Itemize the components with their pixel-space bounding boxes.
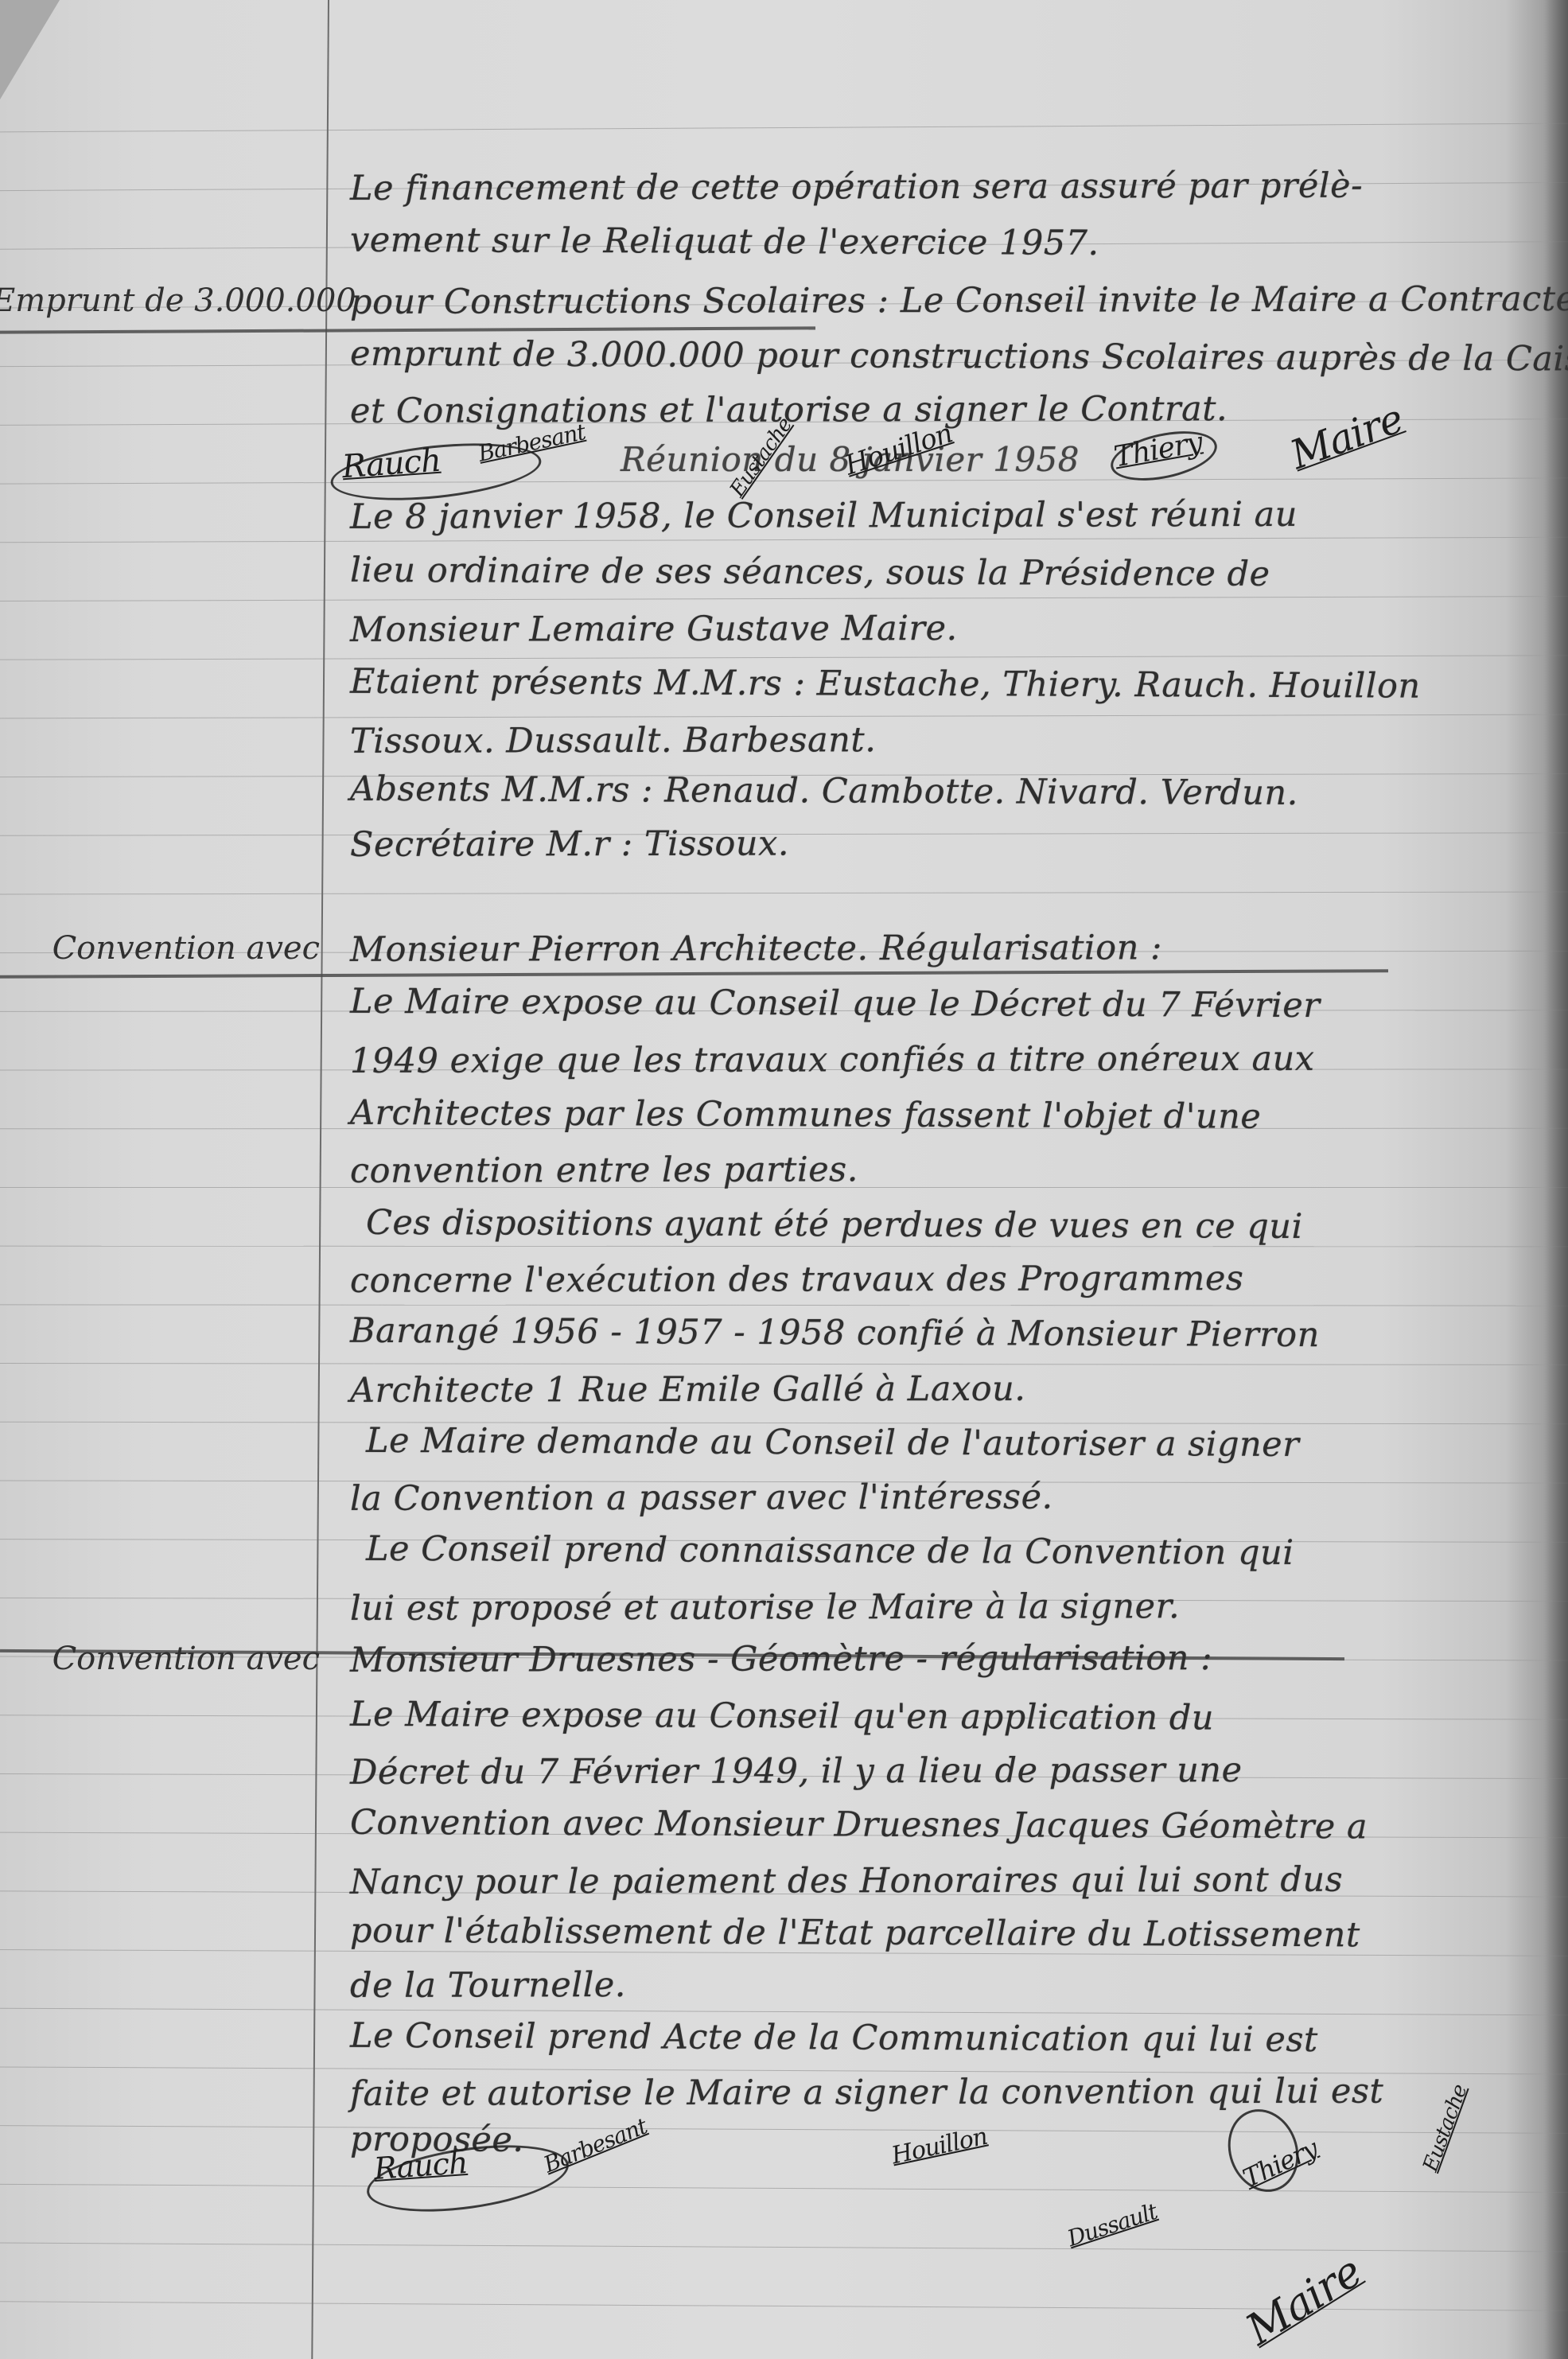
- margin-rule: [311, 0, 329, 2359]
- text-line: Nancy pour le paiement des Honoraires qu…: [350, 1855, 1520, 1906]
- text-line: la Convention a passer avec l'intéressé.: [350, 1472, 1520, 1523]
- folded-page-corner: [0, 0, 60, 99]
- text-line: Architectes par les Communes fassent l'o…: [350, 1089, 1520, 1142]
- text-line: Barangé 1956 - 1957 - 1958 confié à Mons…: [350, 1307, 1520, 1360]
- text-line: Le Maire expose au Conseil qu'en applica…: [350, 1691, 1520, 1743]
- text-line: Le Conseil prend Acte de la Communicatio…: [350, 2012, 1520, 2065]
- text-line: Décret du 7 Février 1949, il y a lieu de…: [350, 1746, 1520, 1796]
- signature-dussault: Dussault: [1064, 2198, 1161, 2252]
- text-line: Ces dispositions ayant été perdues de vu…: [366, 1199, 1520, 1252]
- text-line: 1949 exige que les travaux confiés a tit…: [350, 1034, 1520, 1085]
- text-line: Secrétaire M.r : Tissoux.: [350, 818, 1520, 869]
- ruled-line: [0, 123, 1568, 133]
- text-line: Absents M.M.rs : Renaud. Cambotte. Nivar…: [350, 765, 1520, 818]
- text-line: concerne l'exécution des travaux des Pro…: [350, 1254, 1520, 1305]
- text-line: Le Maire demande au Conseil de l'autoris…: [366, 1417, 1520, 1470]
- text-line: Tissoux. Dussault. Barbesant.: [350, 714, 1520, 765]
- text-line: Etaient présents M.M.rs : Eustache, Thie…: [350, 658, 1520, 710]
- signature-maire: Maire: [1237, 2246, 1370, 2355]
- margin-label-convention-druesnes: Convention avec: [0, 1635, 326, 1683]
- text-line: vement sur le Reliquat de l'exercice 195…: [350, 216, 1520, 269]
- text-line: Le Maire expose au Conseil que le Décret…: [350, 978, 1520, 1030]
- text-line: pour Constructions Scolaires : Le Consei…: [350, 275, 1520, 326]
- text-line: Le Conseil prend connaissance de la Conv…: [366, 1525, 1520, 1578]
- register-page: Le financement de cette opération sera a…: [0, 0, 1568, 2359]
- ruled-line: [0, 2184, 1568, 2193]
- ruled-line: [0, 892, 1568, 895]
- ruled-line: [0, 1304, 1568, 1306]
- text-line: emprunt de 3.000.000 pour constructions …: [350, 330, 1520, 383]
- text-line: lieu ordinaire de ses séances, sous la P…: [350, 547, 1520, 599]
- text-line: Le financement de cette opération sera a…: [350, 162, 1520, 212]
- text-line: Architecte 1 Rue Emile Gallé à Laxou.: [350, 1364, 1520, 1415]
- ruled-line: [0, 2243, 1568, 2252]
- text-line: de la Tournelle.: [350, 1959, 1520, 2010]
- text-line: Le 8 janvier 1958, le Conseil Municipal …: [350, 490, 1520, 541]
- margin-label-emprunt: Emprunt de 3.000.000: [0, 277, 326, 325]
- text-line: Convention avec Monsieur Druesnes Jacque…: [350, 1799, 1520, 1851]
- text-line: faite et autorise le Maire a signer la c…: [350, 2067, 1520, 2118]
- text-line: lui est proposé et autorise le Maire à l…: [350, 1582, 1520, 1633]
- text-line: Monsieur Druesnes - Géomètre - régularis…: [350, 1633, 1520, 1684]
- page-edge-shadow: [1544, 0, 1568, 2359]
- margin-label-convention-pierron: Convention avec: [0, 925, 326, 972]
- text-line: Monsieur Lemaire Gustave Maire.: [350, 603, 1520, 654]
- text-line: Monsieur Pierron Architecte. Régularisat…: [350, 923, 1520, 974]
- text-line: convention entre les parties.: [350, 1144, 1520, 1195]
- text-line: pour l'établissement de l'Etat parcellai…: [350, 1907, 1520, 1960]
